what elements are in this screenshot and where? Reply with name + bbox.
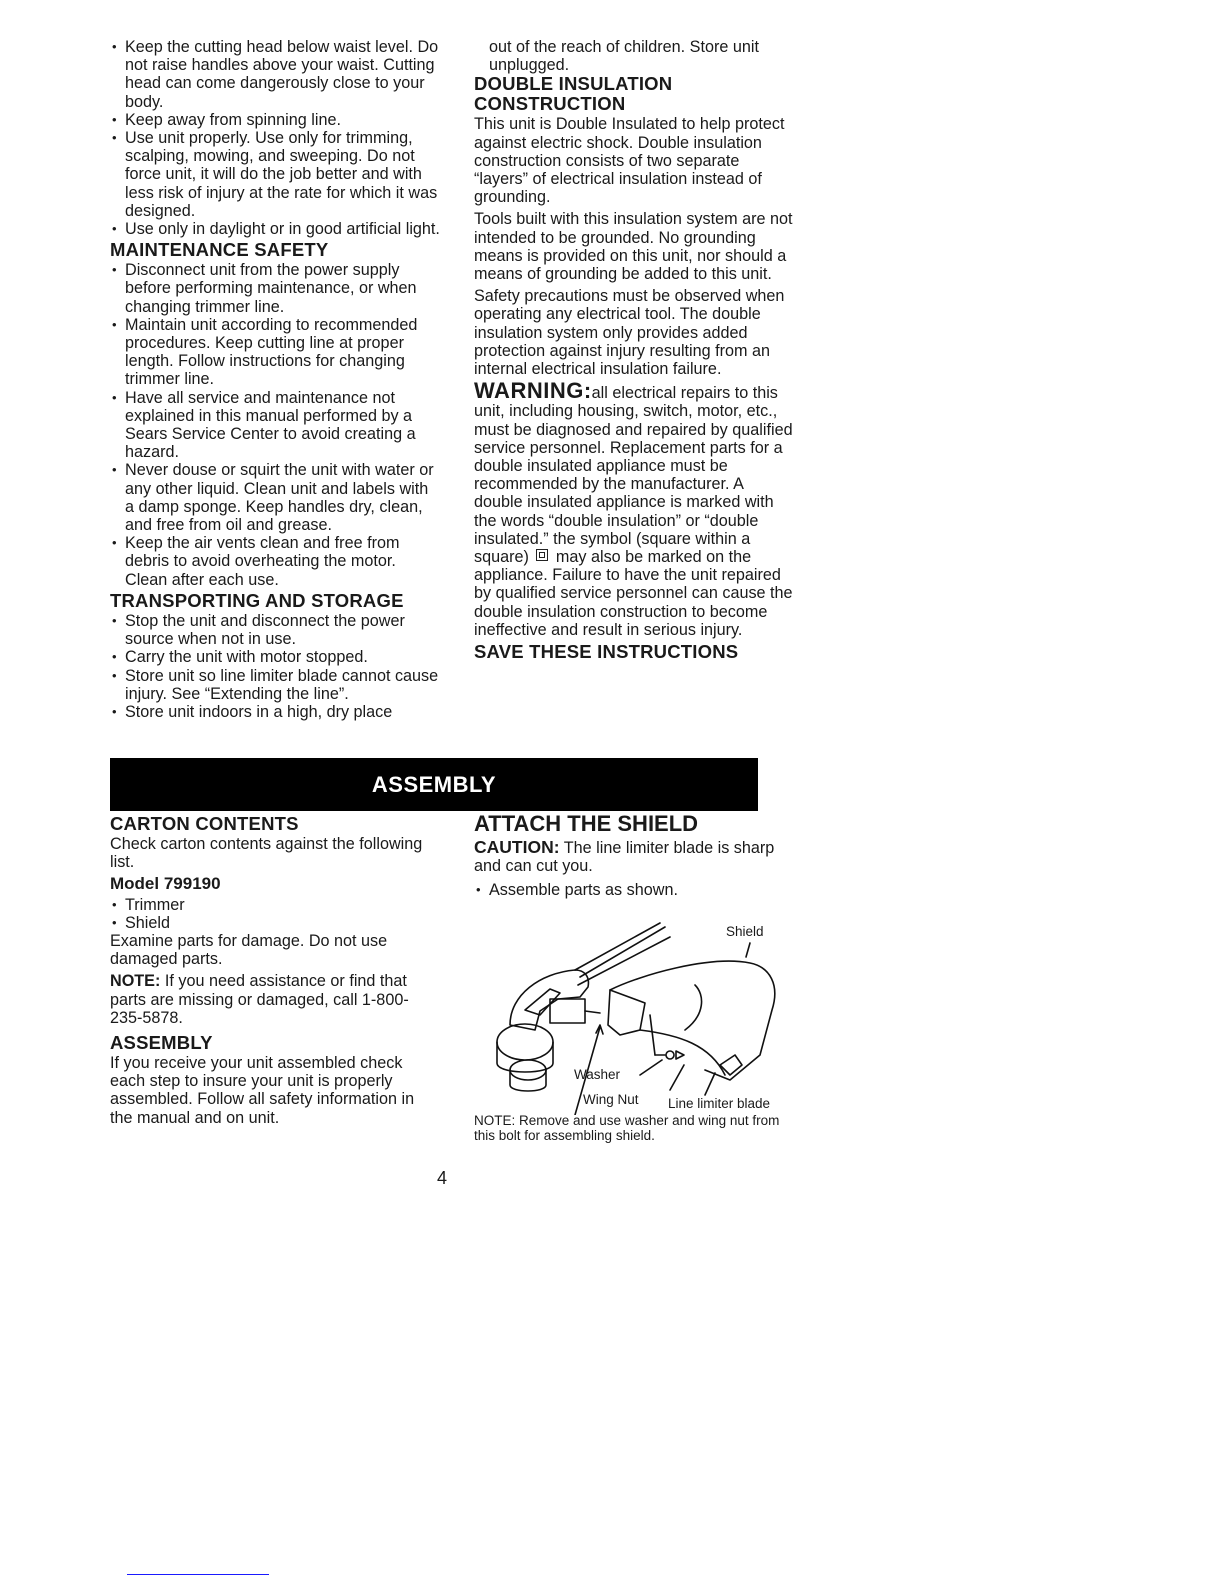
left-top-column: Keep the cutting head below waist level.… [110, 38, 440, 721]
assembly-banner: ASSEMBLY [110, 758, 758, 811]
list-item: Shield [110, 914, 440, 932]
list-item: Keep away from spinning line. [110, 111, 440, 129]
list-item: Use unit properly. Use only for trimming… [110, 129, 440, 220]
left-bottom-column: CARTON CONTENTS Check carton contents ag… [110, 814, 440, 1127]
carton-items-list: Trimmer Shield [110, 896, 440, 932]
transport-list: Stop the unit and disconnect the power s… [110, 612, 440, 721]
list-item: Stop the unit and disconnect the power s… [110, 612, 440, 648]
list-item: Keep the air vents clean and free from d… [110, 534, 440, 589]
maintenance-safety-heading: MAINTENANCE SAFETY [110, 240, 440, 260]
caution-label: CAUTION: [474, 837, 560, 857]
page-number: 4 [437, 1168, 447, 1189]
transport-storage-heading: TRANSPORTING AND STORAGE [110, 591, 440, 611]
right-bottom-column: ATTACH THE SHIELD CAUTION: The line limi… [474, 812, 794, 900]
list-item: Have all service and maintenance not exp… [110, 389, 440, 462]
paragraph: Safety precautions must be observed when… [474, 287, 794, 378]
shield-assembly-illustration: Shield Washer Wing Nut Line limiter blad… [480, 915, 790, 1115]
list-item: Assemble parts as shown. [474, 881, 794, 899]
list-item: Trimmer [110, 896, 440, 914]
line-limiter-label: Line limiter blade [668, 1096, 770, 1111]
wing-nut-label: Wing Nut [583, 1092, 639, 1107]
continued-text: out of the reach of children. Store unit… [474, 38, 794, 74]
double-insulation-heading: DOUBLE INSULATION CONSTRUCTION [474, 74, 794, 114]
footer-rule [127, 1574, 269, 1575]
attach-steps-list: Assemble parts as shown. [474, 881, 794, 899]
square-within-square-icon [536, 549, 548, 561]
list-item: Use only in daylight or in good artifici… [110, 220, 440, 238]
warning-label: WARNING: [474, 378, 592, 403]
attach-shield-heading: ATTACH THE SHIELD [474, 812, 794, 836]
illustration-note: NOTE: Remove and use washer and wing nut… [474, 1114, 794, 1143]
carton-contents-heading: CARTON CONTENTS [110, 814, 440, 834]
list-item: Maintain unit according to recommended p… [110, 316, 440, 389]
intro-safety-list: Keep the cutting head below waist level.… [110, 38, 440, 238]
paragraph: Tools built with this insulation system … [474, 210, 794, 283]
list-item: Disconnect unit from the power supply be… [110, 261, 440, 316]
list-item: Carry the unit with motor stopped. [110, 648, 440, 666]
washer-label: Washer [574, 1067, 620, 1082]
carton-intro: Check carton contents against the follow… [110, 835, 440, 871]
note-label: NOTE: [110, 972, 160, 990]
paragraph: This unit is Double Insulated to help pr… [474, 115, 794, 206]
shield-label: Shield [726, 924, 764, 939]
warning-paragraph: WARNING:all electrical repairs to this u… [474, 382, 794, 639]
list-item: Never douse or squirt the unit with wate… [110, 461, 440, 534]
note-paragraph: NOTE: If you need assistance or find tha… [110, 972, 440, 1027]
list-item: Store unit so line limiter blade cannot … [110, 667, 440, 703]
maintenance-list: Disconnect unit from the power supply be… [110, 261, 440, 589]
model-label: Model 799190 [110, 875, 440, 893]
examine-text: Examine parts for damage. Do not use dam… [110, 932, 440, 968]
caution-paragraph: CAUTION: The line limiter blade is sharp… [474, 838, 794, 875]
right-top-column: out of the reach of children. Store unit… [474, 38, 794, 663]
save-instructions-heading: SAVE THESE INSTRUCTIONS [474, 642, 794, 662]
list-item: Store unit indoors in a high, dry place [110, 703, 440, 721]
warning-text: all electrical repairs to this unit, inc… [474, 384, 793, 566]
assembly-heading: ASSEMBLY [110, 1033, 440, 1053]
assembly-text: If you receive your unit assembled check… [110, 1054, 440, 1127]
list-item: Keep the cutting head below waist level.… [110, 38, 440, 111]
trimmer-shield-diagram-icon [480, 915, 790, 1115]
